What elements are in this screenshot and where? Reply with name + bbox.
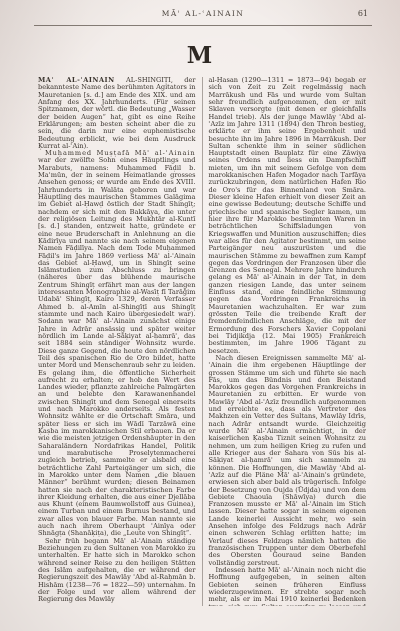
person-name: Muḥammed Muṣṭafā Māʾ al-ʿAinain <box>45 149 196 157</box>
paragraph: MĀʾ AL-ʿAINAIN AL-SHINGĪṬĪ, der bekannte… <box>38 77 196 150</box>
page-header: MĀʾ AL-ʿAINAIN 61 <box>36 9 370 22</box>
running-head: MĀʾ AL-ʿAINAIN <box>36 9 370 18</box>
right-column: al-Ḥasan (1290—1311 = 1873—94) begab er … <box>203 77 367 606</box>
paragraph: al-Ḥasan (1290—1311 = 1873—94) begab er … <box>209 77 367 355</box>
header-rule <box>34 25 372 26</box>
paragraph: Muḥammed Muṣṭafā Māʾ al-ʿAinain war der … <box>38 150 196 538</box>
text-columns: MĀʾ AL-ʿAINAIN AL-SHINGĪṬĪ, der bekannte… <box>38 77 366 606</box>
entry-title: MĀʾ AL-ʿAINAIN <box>38 77 115 84</box>
scanned-book-page: MĀʾ AL-ʿAINAIN 61 M MĀʾ AL-ʿAINAIN AL-SH… <box>0 0 400 631</box>
left-column: MĀʾ AL-ʿAINAIN AL-SHINGĪṬĪ, der bekannte… <box>38 77 202 606</box>
paragraph: Nach diesen Ereignissen sammelte Māʾ al-… <box>209 355 367 567</box>
page-number: 61 <box>358 9 368 18</box>
paragraph: Indessen hatte Māʾ al-ʿAinain noch nicht… <box>209 567 367 606</box>
section-letter: M <box>0 42 400 69</box>
paragraph: Sehr früh begann Māʾ al-ʿAinain ständige… <box>38 538 196 604</box>
